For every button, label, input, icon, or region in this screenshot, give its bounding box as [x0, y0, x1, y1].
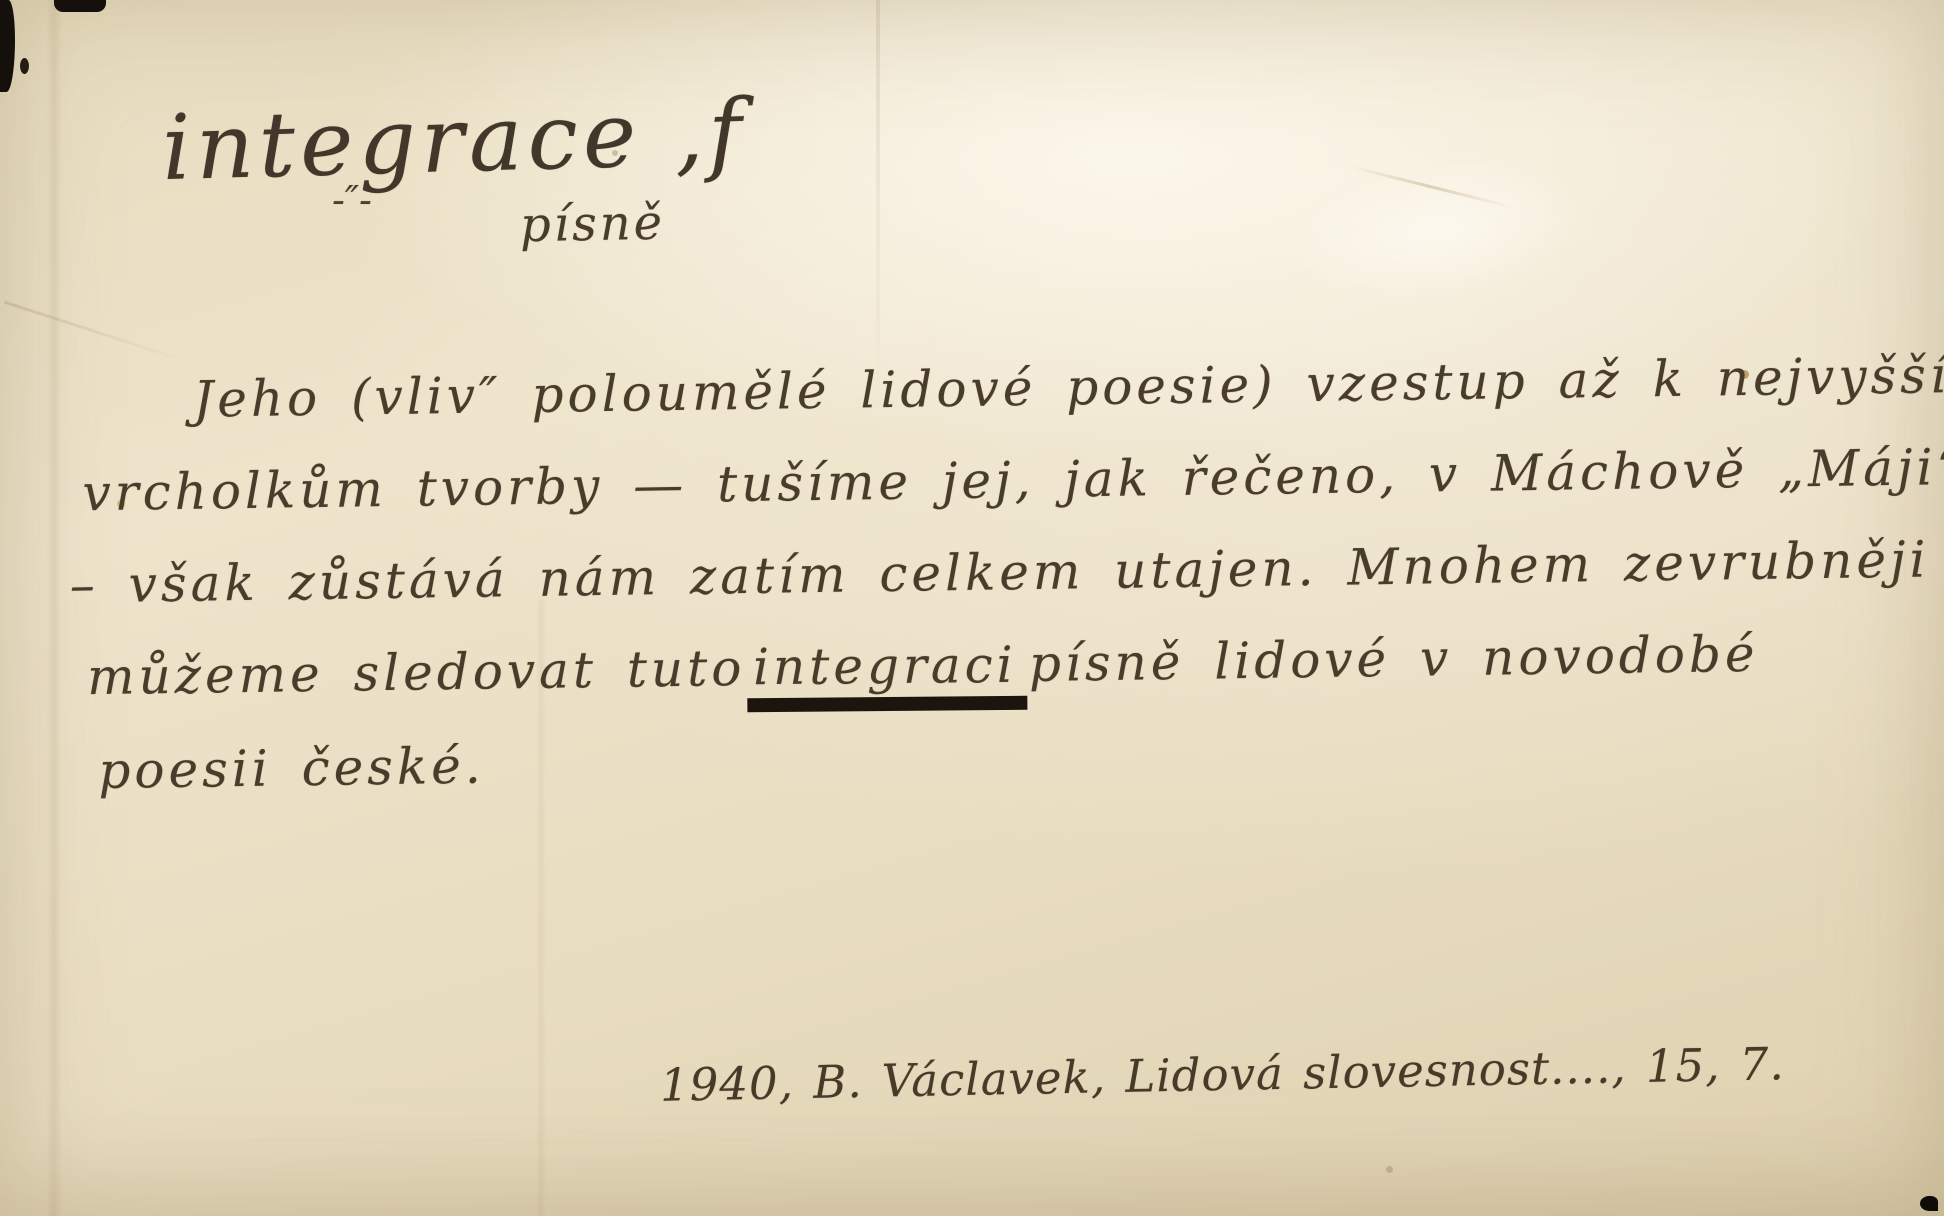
- scan-mark-bottom-right: [1920, 1196, 1938, 1211]
- body-line-2: vrcholkům tvorby — tušíme jej, jak řečen…: [82, 437, 1944, 522]
- body-line-1: Jeho (vliv″ poloumělé lidové poesie) vze…: [193, 345, 1944, 428]
- body-paragraph: Jeho (vliv″ poloumělé lidové poesie) vze…: [0, 0, 1944, 1216]
- body-line-4-after: písně lidové v novodobé: [1029, 625, 1759, 693]
- body-line-4-before: můžeme sledovat tuto: [87, 639, 746, 706]
- body-line-4: můžeme sledovat tutointegracipísně lidov…: [87, 625, 1759, 722]
- body-line-5: poesii české.: [98, 737, 485, 800]
- underlined-word-integraci: integraci: [747, 636, 1027, 712]
- scanned-card: integrace ,f -″- písně Jeho (vliv″ polou…: [0, 0, 1944, 1216]
- body-line-3: – však zůstává nám zatím celkem utajen. …: [69, 530, 1929, 614]
